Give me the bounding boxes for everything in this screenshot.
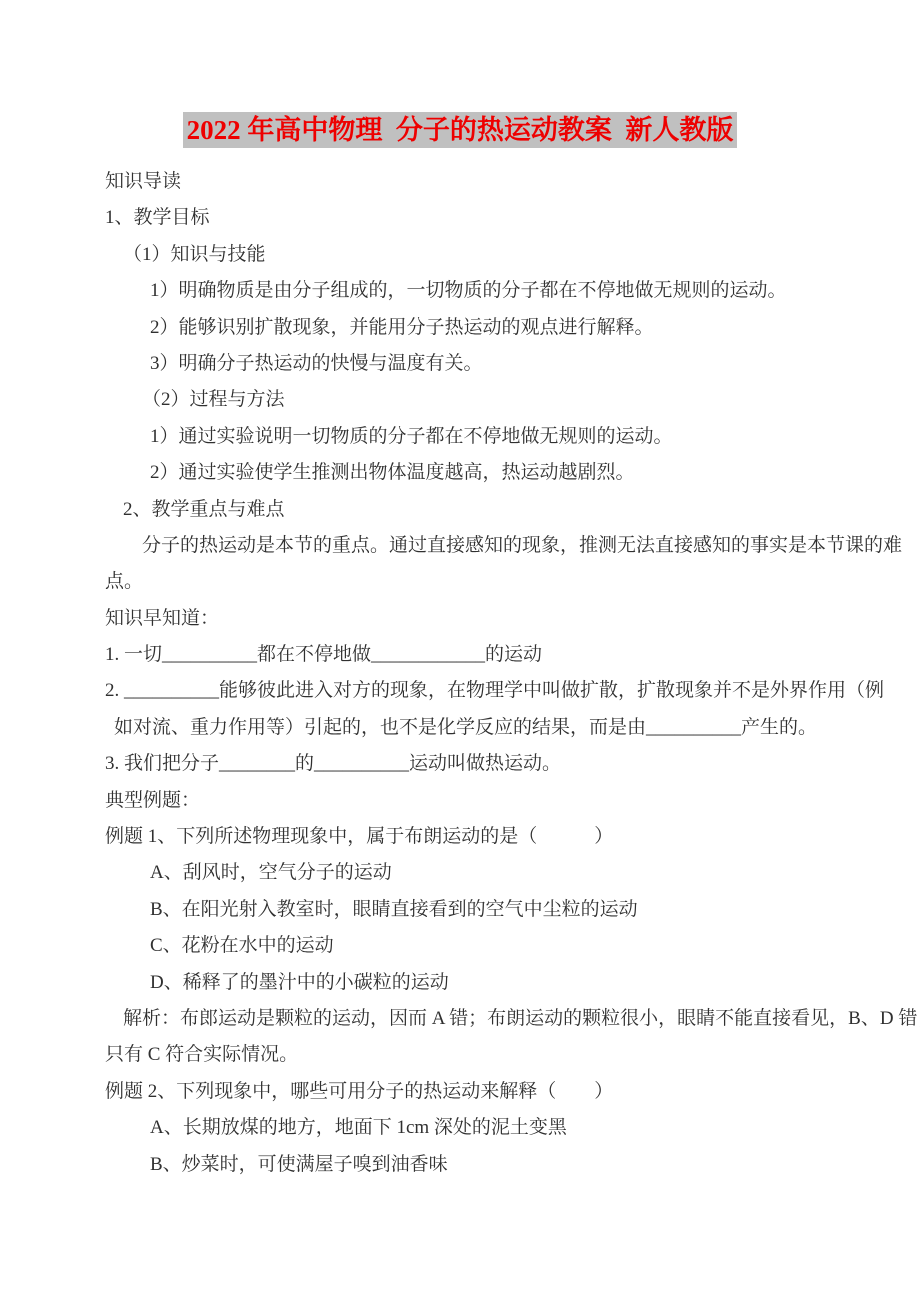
doc-line: 知识早知道：: [105, 601, 825, 637]
document-body: 知识导读1、教学目标（1）知识与技能1）明确物质是由分子组成的，一切物质的分子都…: [0, 164, 920, 1183]
doc-line: 3. 我们把分子________的__________运动叫做热运动。: [105, 746, 825, 782]
doc-line: 点。: [105, 564, 825, 600]
doc-line: A、刮风时，空气分子的运动: [150, 855, 825, 891]
doc-line: A、长期放煤的地方，地面下 1cm 深处的泥土变黑: [150, 1110, 825, 1146]
doc-line: 2、教学重点与难点: [123, 492, 825, 528]
document-title-row: 2022 年高中物理 分子的热运动教案 新人教版: [0, 112, 920, 150]
doc-line: 2. __________能够彼此进入对方的现象，在物理学中叫做扩散，扩散现象并…: [105, 673, 825, 709]
doc-line: 1. 一切__________都在不停地做____________的运动: [105, 637, 825, 673]
doc-line: 1、教学目标: [105, 200, 825, 236]
doc-line: 如对流、重力作用等）引起的，也不是化学反应的结果，而是由__________产生…: [114, 710, 825, 746]
doc-line: 只有 C 符合实际情况。: [105, 1037, 825, 1073]
doc-line: 1）明确物质是由分子组成的，一切物质的分子都在不停地做无规则的运动。: [150, 273, 825, 309]
doc-line: B、炒菜时，可使满屋子嗅到油香味: [150, 1147, 825, 1183]
doc-line: D、稀释了的墨汁中的小碳粒的运动: [150, 965, 825, 1001]
doc-line: （2）过程与方法: [142, 382, 825, 418]
doc-line: 2）通过实验使学生推测出物体温度越高，热运动越剧烈。: [150, 455, 825, 491]
doc-line: 知识导读: [105, 164, 825, 200]
doc-line: 1）通过实验说明一切物质的分子都在不停地做无规则的运动。: [150, 419, 825, 455]
doc-line: 分子的热运动是本节的重点。通过直接感知的现象，推测无法直接感知的事实是本节课的难: [142, 528, 825, 564]
doc-line: 例题 2、下列现象中，哪些可用分子的热运动来解释（ ）: [105, 1074, 825, 1110]
doc-line: 3）明确分子热运动的快慢与温度有关。: [150, 346, 825, 382]
doc-line: （1）知识与技能: [123, 237, 825, 273]
document-page: 2022 年高中物理 分子的热运动教案 新人教版 知识导读1、教学目标（1）知识…: [0, 0, 920, 1302]
doc-line: B、在阳光射入教室时，眼睛直接看到的空气中尘粒的运动: [150, 892, 825, 928]
doc-line: 2）能够识别扩散现象，并能用分子热运动的观点进行解释。: [150, 310, 825, 346]
doc-line: 例题 1、下列所述物理现象中，属于布朗运动的是（ ）: [105, 819, 825, 855]
doc-line: C、花粉在水中的运动: [150, 928, 825, 964]
doc-line: 解析：布郎运动是颗粒的运动，因而 A 错；布朗运动的颗粒很小，眼睛不能直接看见，…: [123, 1001, 825, 1037]
doc-line: 典型例题：: [105, 783, 825, 819]
document-title: 2022 年高中物理 分子的热运动教案 新人教版: [183, 112, 738, 148]
